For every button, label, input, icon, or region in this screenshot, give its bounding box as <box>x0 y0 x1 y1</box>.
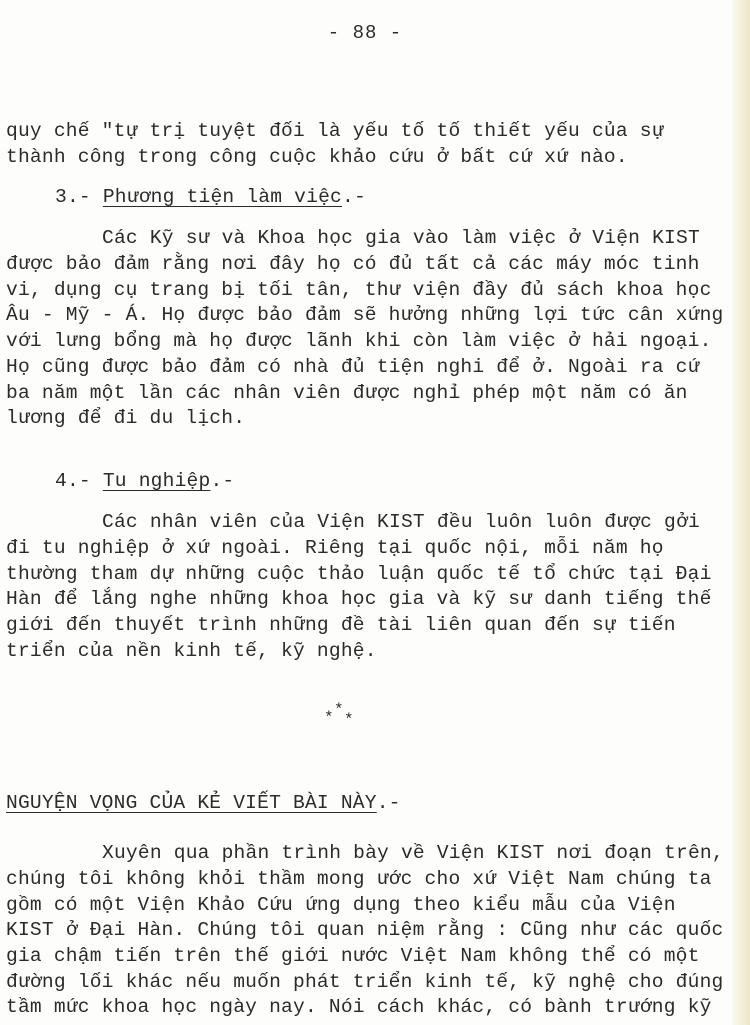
text-line: KIST ở Đại Hàn. Chúng tôi quan niệm rằng… <box>6 917 724 943</box>
asterisk: * <box>324 709 334 727</box>
text-line: Hàn để lắng nghe những khoa học gia và k… <box>6 586 712 612</box>
text-line: Âu - Mỹ - Á. Họ được bảo đảm sẽ hưởng nh… <box>6 302 724 328</box>
text-line: quy chế "tự trị tuyệt đối là yếu tố tố t… <box>6 118 664 144</box>
text-line: lương để đi du lịch. <box>6 405 245 431</box>
text-line: với lưng bổng mà họ được lãnh khi còn là… <box>6 328 712 354</box>
text-line: ba năm một lần các nhân viên được nghỉ p… <box>6 380 688 406</box>
section-number: 3.- <box>55 186 103 208</box>
text-line: đi tu nghiệp ở xứ ngoài. Riêng tại quốc … <box>6 535 664 561</box>
text-line: chúng tôi không khỏi thầm mong ước cho x… <box>6 866 712 892</box>
text-line: Các Kỹ sư và Khoa học gia vào làm việc ở… <box>102 225 700 251</box>
section-heading: NGUYỆN VỌNG CỦA KẺ VIẾT BÀI NÀY.- <box>6 790 401 816</box>
text-line: thường tham dự những cuộc thảo luận quốc… <box>6 561 712 587</box>
section-title: NGUYỆN VỌNG CỦA KẺ VIẾT BÀI NÀY <box>6 792 377 814</box>
section-separator: * * * <box>320 703 370 733</box>
section-heading: 3.- Phương tiện làm việc.- <box>55 184 366 210</box>
section-title: Phương tiện làm việc <box>103 186 342 208</box>
text-line: Xuyên qua phần trình bày về Viện KIST nơ… <box>102 840 724 866</box>
section-suffix: .- <box>210 470 234 492</box>
asterisk: * <box>344 711 354 729</box>
section-heading: 4.- Tu nghiệp.- <box>55 468 234 494</box>
text-line: tầm mức khoa học ngày nay. Nói cách khác… <box>6 994 712 1020</box>
section-suffix: .- <box>377 792 401 814</box>
section-number: 4.- <box>55 470 103 492</box>
text-line: Họ cũng được bảo đảm có nhà đủ tiện nghi… <box>6 354 700 380</box>
section-title: Tu nghiệp <box>103 470 211 492</box>
section-suffix: .- <box>342 186 366 208</box>
text-line: triển của nền kinh tế, kỹ nghệ. <box>6 638 377 664</box>
text-line: vi, dụng cụ trang bị tối tân, thư viện đ… <box>6 277 712 303</box>
asterisk: * <box>334 701 344 719</box>
page-number: - 88 - <box>0 22 730 44</box>
text-line: thành công trong công cuộc khảo cứu ở bấ… <box>6 144 628 170</box>
text-line: Các nhân viên của Viện KIST đều luôn luô… <box>102 509 700 535</box>
text-line: giới đến thuyết trình những đề tài liên … <box>6 612 676 638</box>
text-line: gia chậm tiến trên thế giới nước Việt Na… <box>6 943 700 969</box>
text-line: gồm có một Viện Khảo Cứu ứng dụng theo k… <box>6 892 676 918</box>
text-line: đường lối khác nếu muốn phát triển kinh … <box>6 969 724 995</box>
text-line: được bảo đảm rằng nơi đây họ có đủ tất c… <box>6 251 700 277</box>
page-edge <box>732 0 750 1025</box>
